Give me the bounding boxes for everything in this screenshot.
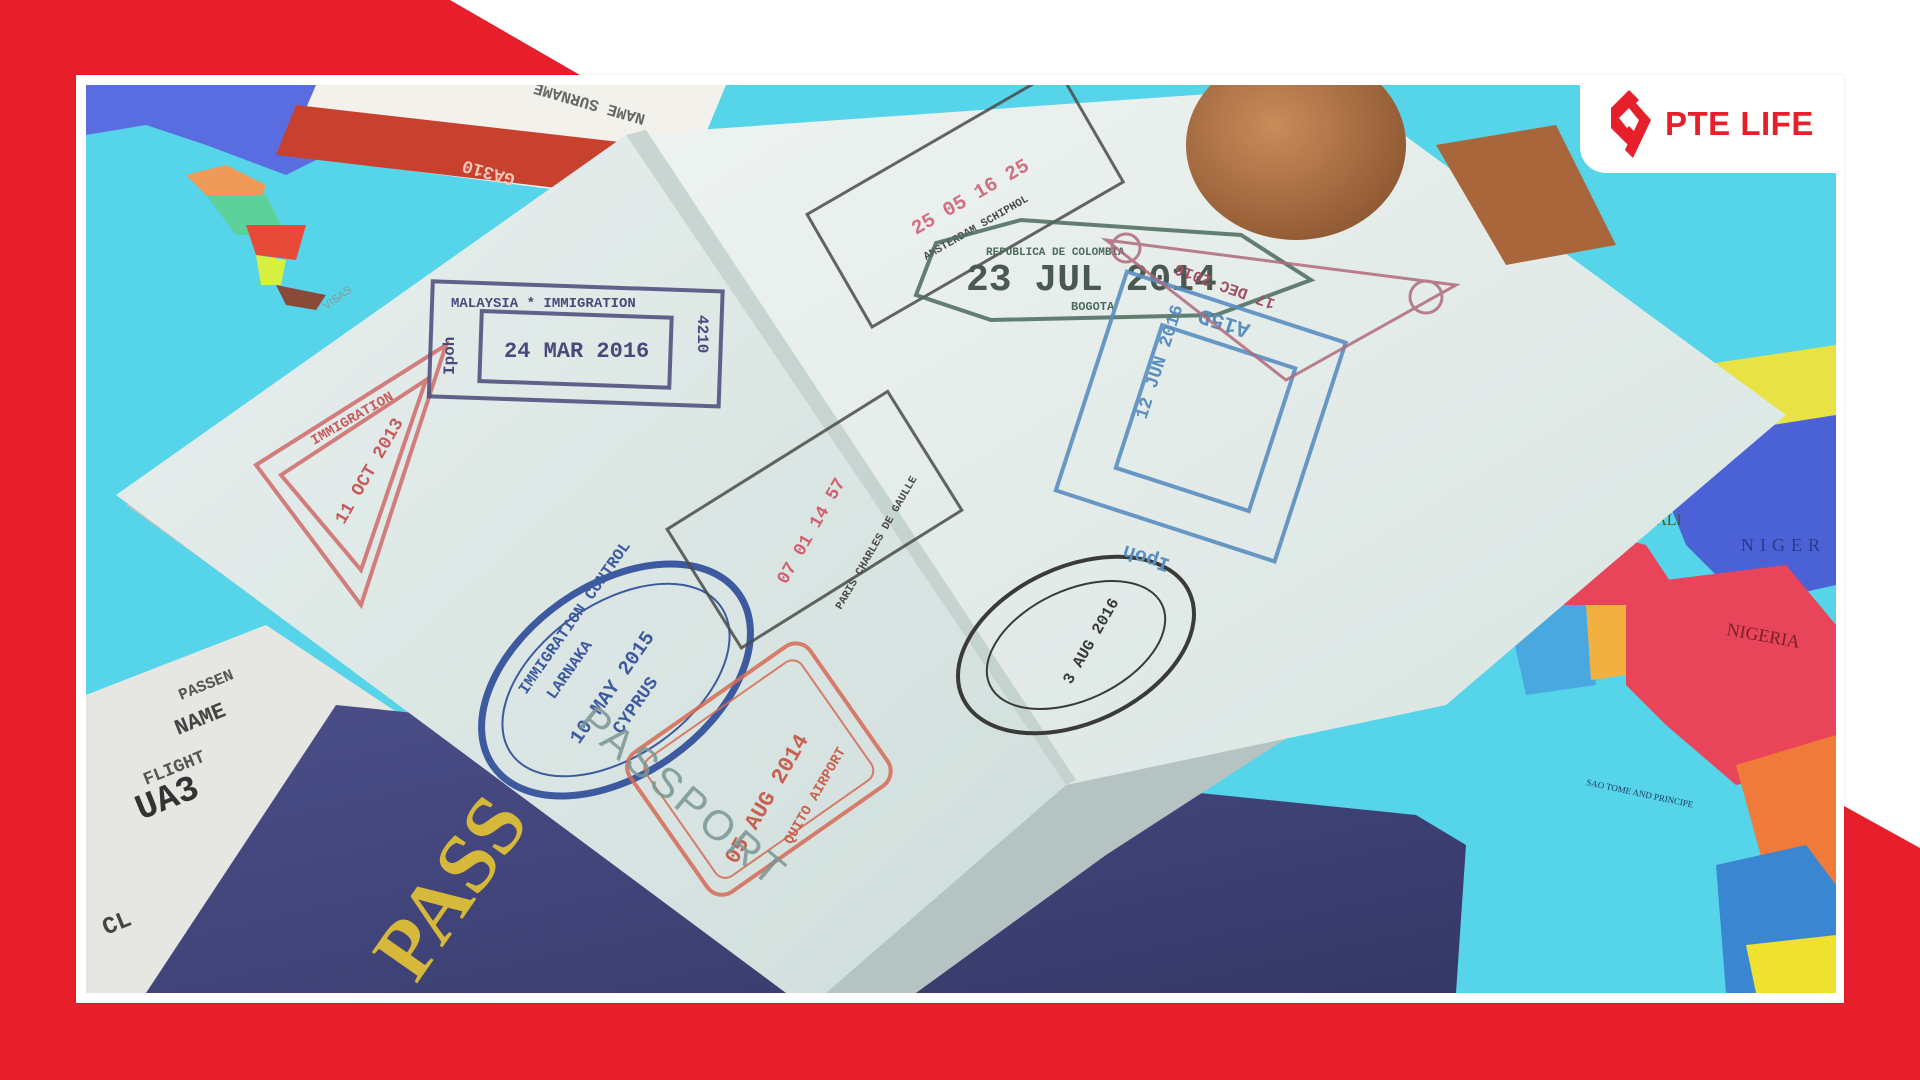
brand-name: PTE LIFE xyxy=(1665,105,1814,143)
brand-logo: PTE LIFE xyxy=(1580,75,1844,173)
map-label-niger: NIGER xyxy=(1741,535,1826,555)
red-band-bottom xyxy=(0,1003,1920,1080)
stamp-malaysia-entry-port: Ipoh xyxy=(441,337,459,375)
stamp-malaysia-entry-side: 4210 xyxy=(693,315,711,353)
pte-life-diamond-logo-icon xyxy=(1607,88,1653,160)
stamp-colombia-header: REPUBLICA DE COLOMBIA xyxy=(986,247,1125,259)
stamp-colombia-footer: BOGOTA xyxy=(1071,300,1115,314)
stamp-malaysia-entry-date: 24 MAR 2016 xyxy=(504,339,649,364)
stamp-malaysia-entry-header: MALAYSIA * IMMIGRATION xyxy=(451,296,636,312)
red-band-left xyxy=(0,0,76,1080)
passport-photo: NIGER NIGERIA MALI SAO TOME AND PRINCIPE… xyxy=(86,85,1836,993)
red-band-right xyxy=(1844,806,1920,1080)
red-band-top xyxy=(0,0,580,75)
